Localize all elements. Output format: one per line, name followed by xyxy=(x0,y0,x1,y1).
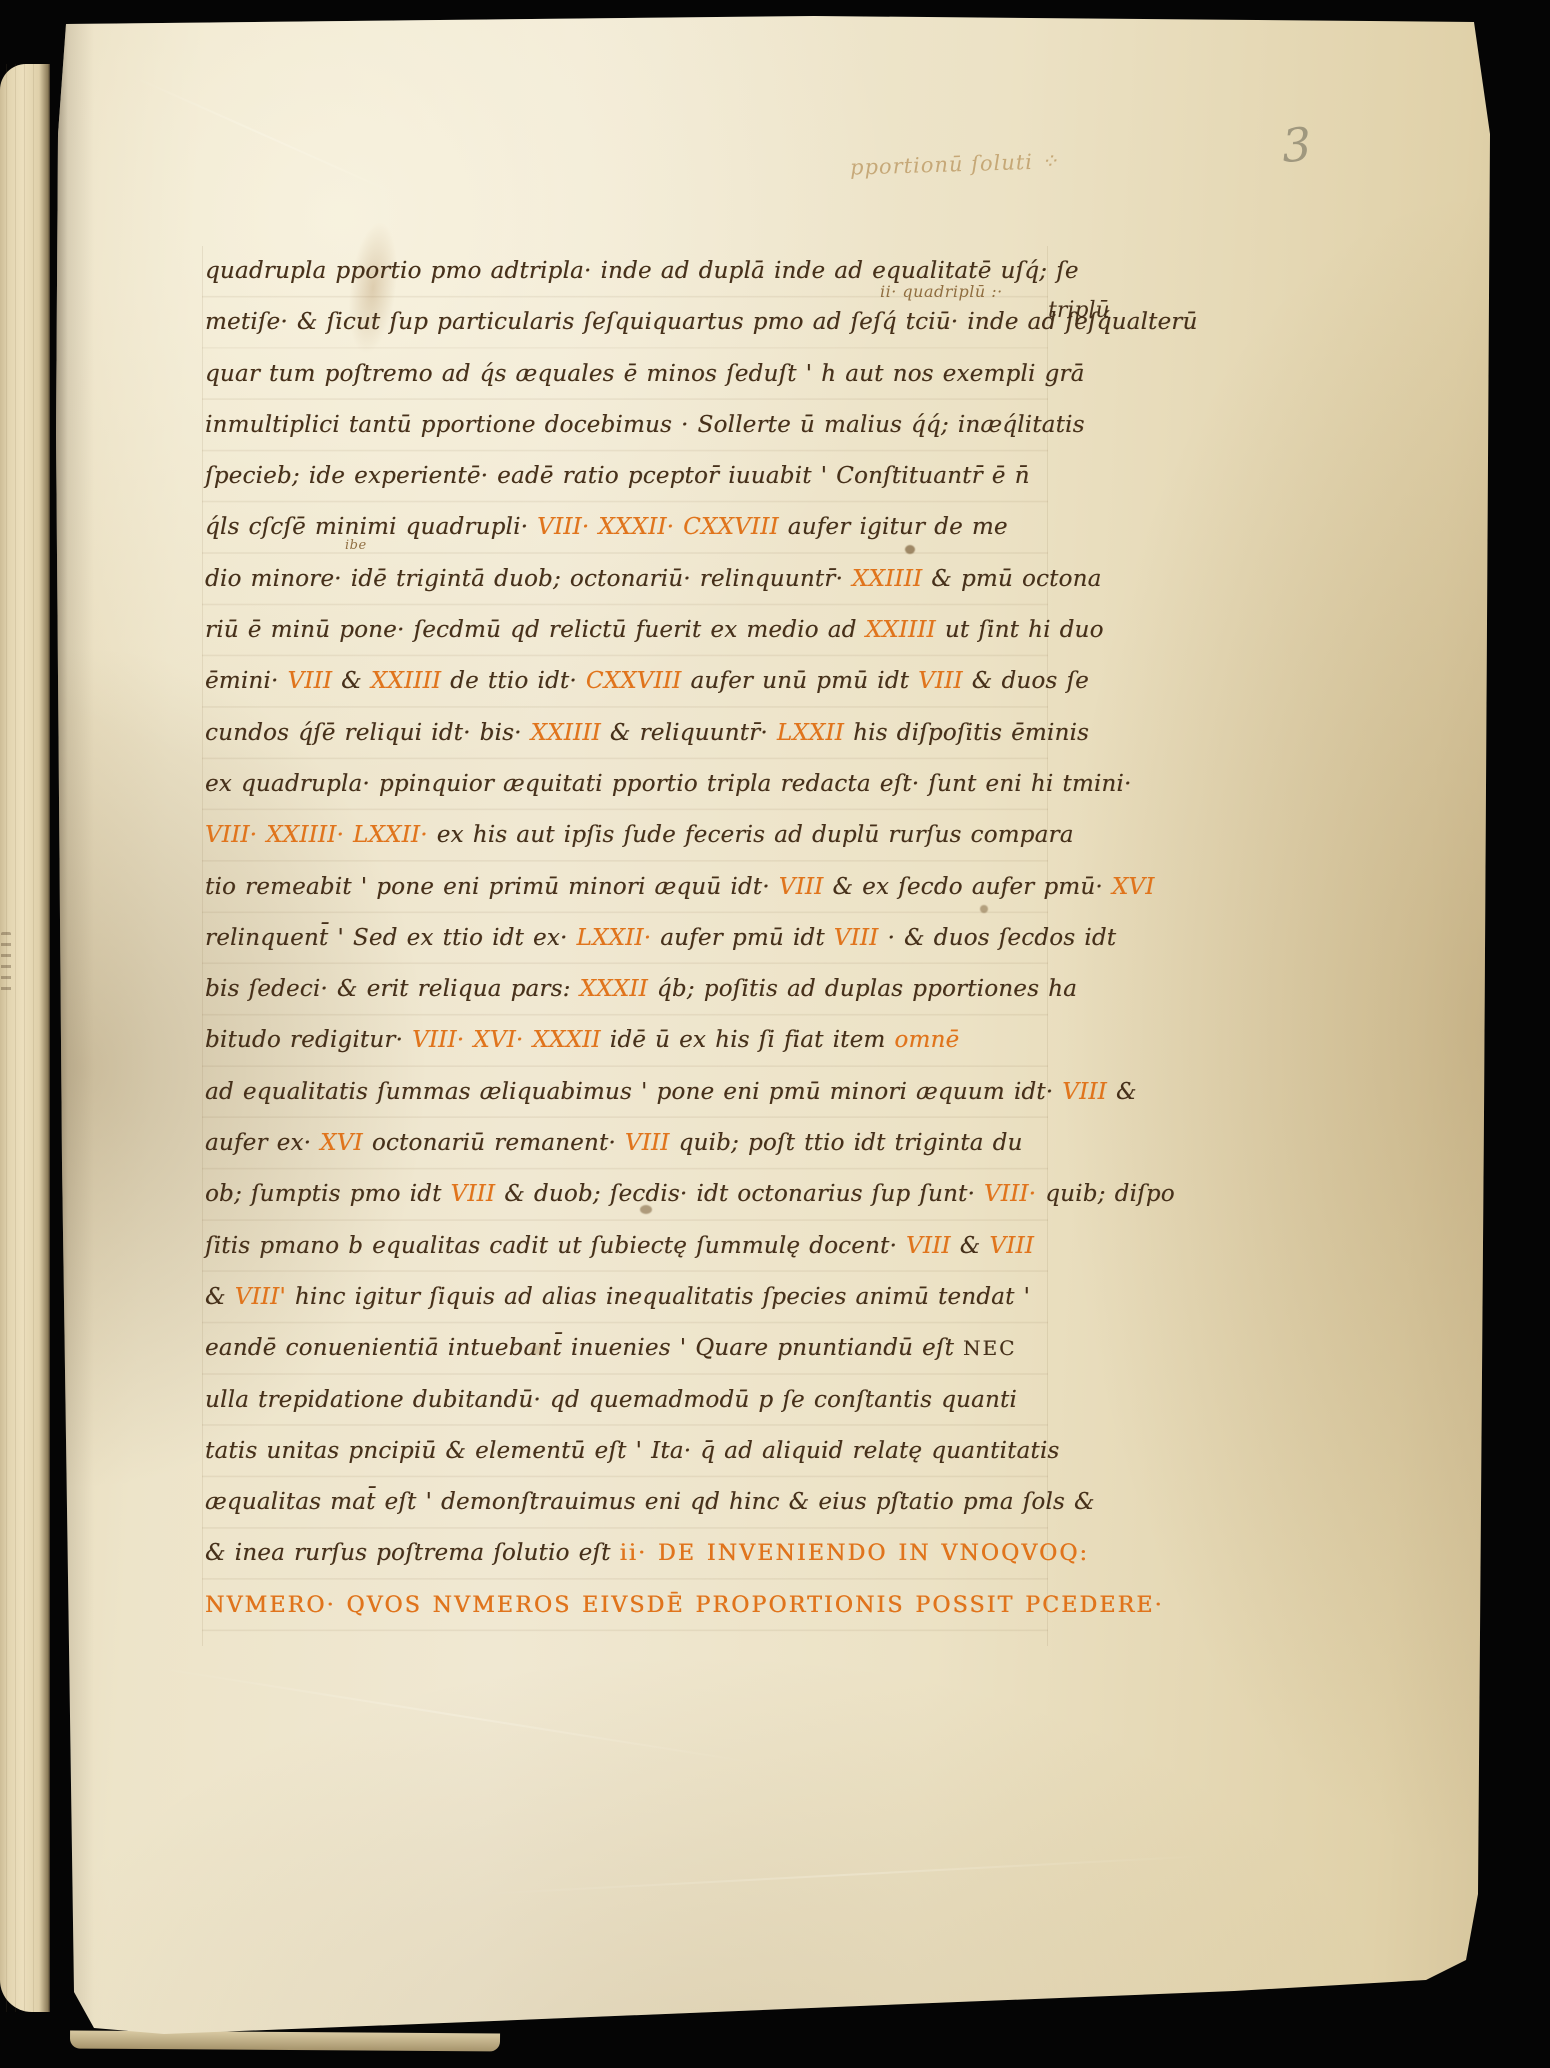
ink-text: & duob; ſecdis· idt octonarius ſup ſunt· xyxy=(495,1181,984,1207)
ink-text: & xyxy=(951,1233,990,1259)
gutter-shadow xyxy=(54,14,94,2040)
rubric-text: CXXVIII xyxy=(586,668,682,694)
text-line: quadrupla pportio pmo adtripla· inde ad … xyxy=(205,246,1055,297)
ink-text: eandē conuenientiā intuebant̄ inuenies '… xyxy=(205,1335,963,1361)
text-line: bitudo redigitur· VIII· XVI· XXXII idē ū… xyxy=(205,1015,1055,1066)
ink-text: quib; diſpo xyxy=(1036,1181,1175,1207)
text-line: ob; ſumptis pmo idt VIII & duob; ſecdis·… xyxy=(205,1169,1055,1220)
ink-text: bitudo redigitur· xyxy=(205,1027,412,1053)
text-line: ſpecieb; ide experientē· eadē ratio pcep… xyxy=(205,451,1055,502)
faint-inscription: pportionū ſoluti ⁘ xyxy=(850,144,1211,179)
ink-text: aufer ex· xyxy=(205,1130,320,1156)
rubric-text: VIII· XXXII· CXXVIII xyxy=(537,514,779,540)
ink-text: & pmū octona xyxy=(922,566,1101,592)
ink-text: aufer pmū idt xyxy=(651,925,834,951)
rubric-text: XXIIII xyxy=(852,566,922,592)
rubric-text: LXXII xyxy=(777,720,844,746)
text-line: bis ſedeci· & erit reliqua pars: XXXII q… xyxy=(205,964,1055,1015)
rubric-text: VIII xyxy=(779,874,824,900)
text-line: dio minore· idē trigintā duob; octonariū… xyxy=(205,554,1055,605)
text-line: & inea rurſus poſtrema ſolutio eſt ii· D… xyxy=(205,1528,1055,1579)
ink-text: de ttio idt· xyxy=(441,668,586,694)
ink-text: & duos ſe xyxy=(963,668,1089,694)
ink-text: quadrupla pportio pmo adtripla· inde ad … xyxy=(205,258,1079,284)
text-line: & VIII' hinc igitur ſiquis ad alias ineq… xyxy=(205,1272,1055,1323)
ink-text: tatis unitas pncipiū & elementū eſt ' It… xyxy=(205,1438,1059,1464)
ink-text: quar tum poſtremo ad q́s æquales ē minos… xyxy=(205,361,1085,387)
rubric-text: NVMERO· QVOS NVMEROS EIVSDĒ PROPORTIONIS… xyxy=(205,1593,1164,1618)
rubric-text: XXIIII xyxy=(371,668,441,694)
ink-text: hinc igitur ſiquis ad alias inequalitati… xyxy=(286,1284,1030,1310)
ink-text: octonariū remanent· xyxy=(363,1130,625,1156)
text-line: riū ē minū pone· ſecdmū qd relictū fueri… xyxy=(205,605,1055,656)
ink-text: ad equalitatis ſummas æliquabimus ' pone… xyxy=(205,1079,1062,1105)
rubric-text: XVI xyxy=(1112,874,1155,900)
rubric-text: XVI xyxy=(320,1130,363,1156)
ink-text: bis ſedeci· & erit reliqua pars: xyxy=(205,976,580,1002)
text-line: quar tum poſtremo ad q́s æquales ē minos… xyxy=(205,349,1055,400)
text-line: VIII· XXIIII· LXXII· ex his aut ipſis ſu… xyxy=(205,810,1055,861)
text-line: ad equalitatis ſummas æliquabimus ' pone… xyxy=(205,1067,1055,1118)
ink-text: ut ſint hi duo xyxy=(936,617,1104,643)
ink-text: dio minore· idē trigintā duob; octonariū… xyxy=(205,566,852,592)
ink-text: & xyxy=(1107,1079,1137,1105)
fore-edge-marks xyxy=(1,932,11,998)
page-stack-lines xyxy=(6,64,42,2012)
ink-text: q́b; poſitis ad duplas pportiones ha xyxy=(648,976,1077,1002)
ink-text: ex quadrupla· ppinquior æquitati pportio… xyxy=(205,771,1132,797)
rubric-text: ii· DE INVENIENDO IN VNOQVOQ: xyxy=(620,1541,1090,1566)
text-line: metiſe· & ſicut ſup particularis ſeſquiq… xyxy=(205,297,1055,348)
text-line: q́ls cſcſē minimi quadrupli· VIII· XXXII… xyxy=(205,502,1055,553)
ink-text: q́ls cſcſē minimi quadrupli· xyxy=(205,514,537,540)
ink-text: & reliquuntr̄· xyxy=(601,720,777,746)
ink-text: riū ē minū pone· ſecdmū qd relictū fueri… xyxy=(205,617,866,643)
text-line: NVMERO· QVOS NVMEROS EIVSDĒ PROPORTIONIS… xyxy=(205,1580,1055,1631)
ink-text: relinquent̄ ' Sed ex ttio idt ex· xyxy=(205,925,577,951)
ink-text: idē ū ex his ſi fiat item xyxy=(601,1027,895,1053)
text-line: cundos q́ſē reliqui idt· bis· XXIIII & r… xyxy=(205,708,1055,759)
folio-number: 3 xyxy=(1280,117,1313,173)
text-line: ſitis pmano b equalitas cadit ut ſubiect… xyxy=(205,1221,1055,1272)
ink-text: & xyxy=(205,1284,235,1310)
rubric-text: VIII xyxy=(918,668,963,694)
rubric-text: XXIIII xyxy=(531,720,601,746)
rubric-text: VIII· XXIIII· LXXII· xyxy=(205,822,428,848)
rubric-text: LXXII· xyxy=(577,925,652,951)
text-line: aufer ex· XVI octonariū remanent· VIII q… xyxy=(205,1118,1055,1169)
rubric-text: VIII xyxy=(989,1233,1034,1259)
bottom-page-edges xyxy=(70,2030,500,2051)
parchment-crease xyxy=(474,1855,1213,1896)
text-line: ex quadrupla· ppinquior æquitati pportio… xyxy=(205,759,1055,810)
rubric-text: VIII xyxy=(625,1130,670,1156)
ink-text: ſitis pmano b equalitas cadit ut ſubiect… xyxy=(205,1233,906,1259)
rubric-text: omnē xyxy=(894,1027,959,1053)
text-line: eandē conuenientiā intuebant̄ inuenies '… xyxy=(205,1323,1055,1374)
manuscript-photo: 3 pportionū ſoluti ⁘ ii· quadriplū :· ib… xyxy=(0,0,1550,2068)
ink-text: & xyxy=(332,668,371,694)
text-line: inmultiplici tantū pportione docebimus ·… xyxy=(205,400,1055,451)
text-line: ēmini· VIII & XXIIII de ttio idt· CXXVII… xyxy=(205,656,1055,707)
rubric-text: VIII' xyxy=(235,1284,286,1310)
rubric-text: VIII xyxy=(451,1181,496,1207)
rubric-text: VIII xyxy=(1062,1079,1107,1105)
ink-text: quib; poſt ttio idt triginta du xyxy=(670,1130,1023,1156)
ink-text: his diſpoſitis ēminis xyxy=(844,720,1089,746)
ink-text: & inea rurſus poſtrema ſolutio eſt xyxy=(205,1540,620,1566)
manuscript-page: 3 pportionū ſoluti ⁘ ii· quadriplū :· ib… xyxy=(54,14,1490,2040)
page-stack-fore-edge xyxy=(0,64,50,2012)
ink-text: inmultiplici tantū pportione docebimus ·… xyxy=(205,412,1085,438)
rubric-text: XXIIII xyxy=(866,617,936,643)
text-line: tatis unitas pncipiū & elementū eſt ' It… xyxy=(205,1426,1055,1477)
ink-text: ſpecieb; ide experientē· eadē ratio pcep… xyxy=(205,463,1030,489)
rubric-text: VIII xyxy=(906,1233,951,1259)
ink-text: ex his aut ipſis ſude feceris ad duplū r… xyxy=(428,822,1074,848)
ink-text: aufer igitur de me xyxy=(779,514,1008,540)
text-line: tio remeabit ' pone eni primū minori æqu… xyxy=(205,862,1055,913)
ink-text: ulla trepidatione dubitandū· qd quemadmo… xyxy=(205,1387,1017,1413)
ink-text: æqualitas mat̄ eſt ' demonſtrauimus eni … xyxy=(205,1489,1095,1515)
rubric-text: VIII· XVI· XXXII xyxy=(412,1027,601,1053)
ink-text: aufer unū pmū idt xyxy=(681,668,918,694)
ink-text: · & duos ſecdos idt xyxy=(878,925,1116,951)
ink-text: NEC xyxy=(963,1336,1016,1360)
text-block: quadrupla pportio pmo adtripla· inde ad … xyxy=(205,246,1055,1631)
parchment-crease xyxy=(127,73,402,197)
text-line: æqualitas mat̄ eſt ' demonſtrauimus eni … xyxy=(205,1477,1055,1528)
ink-text: & ex ſecdo aufer pmū· xyxy=(823,874,1111,900)
text-line: ulla trepidatione dubitandū· qd quemadmo… xyxy=(205,1375,1055,1426)
ink-text: ēmini· xyxy=(205,668,287,694)
parchment-crease xyxy=(148,1666,761,1765)
ink-text: cundos q́ſē reliqui idt· bis· xyxy=(205,720,531,746)
ink-text: ob; ſumptis pmo idt xyxy=(205,1181,451,1207)
text-line: relinquent̄ ' Sed ex ttio idt ex· LXXII·… xyxy=(205,913,1055,964)
ink-text: metiſe· & ſicut ſup particularis ſeſquiq… xyxy=(205,309,1198,335)
rubric-text: VIII· xyxy=(984,1181,1036,1207)
ink-text: tio remeabit ' pone eni primū minori æqu… xyxy=(205,874,779,900)
rubric-text: VIII xyxy=(834,925,879,951)
rubric-text: VIII xyxy=(287,668,332,694)
rubric-text: XXXII xyxy=(580,976,648,1002)
